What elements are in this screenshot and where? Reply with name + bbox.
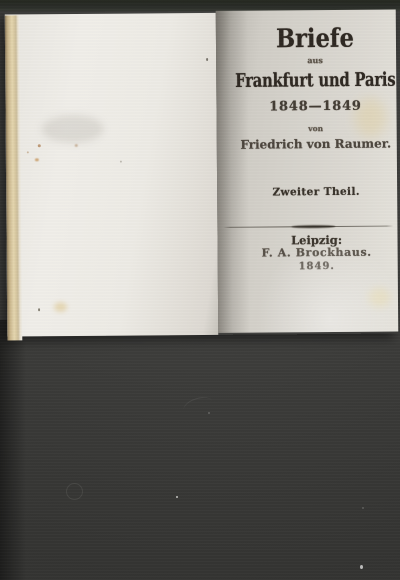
photo-backdrop: Briefe aus Frankfurt und Paris 1848—1849…: [0, 0, 400, 580]
foxing-spot: [206, 58, 208, 61]
page-fore-edge: [5, 15, 23, 340]
publication-years: 1848—1849: [225, 98, 400, 114]
dust-speck: [362, 507, 364, 509]
foxing-spot: [38, 144, 41, 147]
title-place-line: Frankfurt und Paris: [230, 67, 400, 92]
title-preposition: aus: [225, 54, 400, 65]
book-photo: Briefe aus Frankfurt und Paris 1848—1849…: [5, 9, 399, 336]
dust-speck: [176, 496, 178, 498]
backdrop-scratch: [181, 394, 214, 418]
foxing-stain: [54, 302, 67, 312]
byline-prefix: von: [226, 123, 400, 133]
ink-showthrough-smudge: [42, 115, 104, 143]
foxing-spot: [75, 144, 78, 147]
author-name: Friedrich von Raumer.: [226, 136, 400, 151]
foxing-spot: [120, 161, 122, 163]
foxing-spot: [35, 158, 39, 161]
swelled-rule-divider: [223, 224, 393, 228]
page-stain: [368, 288, 390, 308]
left-blank-page: [5, 13, 219, 337]
dust-speck: [360, 565, 363, 569]
backdrop-ring-mark: [66, 483, 83, 500]
imprint-year: 1849.: [227, 260, 400, 272]
volume-label: Zweiter Theil.: [226, 185, 400, 198]
imprint-publisher: F. A. Brockhaus.: [227, 245, 400, 259]
rule-swell: [291, 225, 335, 228]
dust-speck: [208, 412, 210, 414]
title-page: Briefe aus Frankfurt und Paris 1848—1849…: [216, 9, 399, 332]
book-title: Briefe: [227, 23, 400, 55]
backdrop-left-shadow: [0, 320, 26, 580]
foxing-spot: [27, 151, 29, 153]
foxing-spot: [38, 308, 40, 311]
